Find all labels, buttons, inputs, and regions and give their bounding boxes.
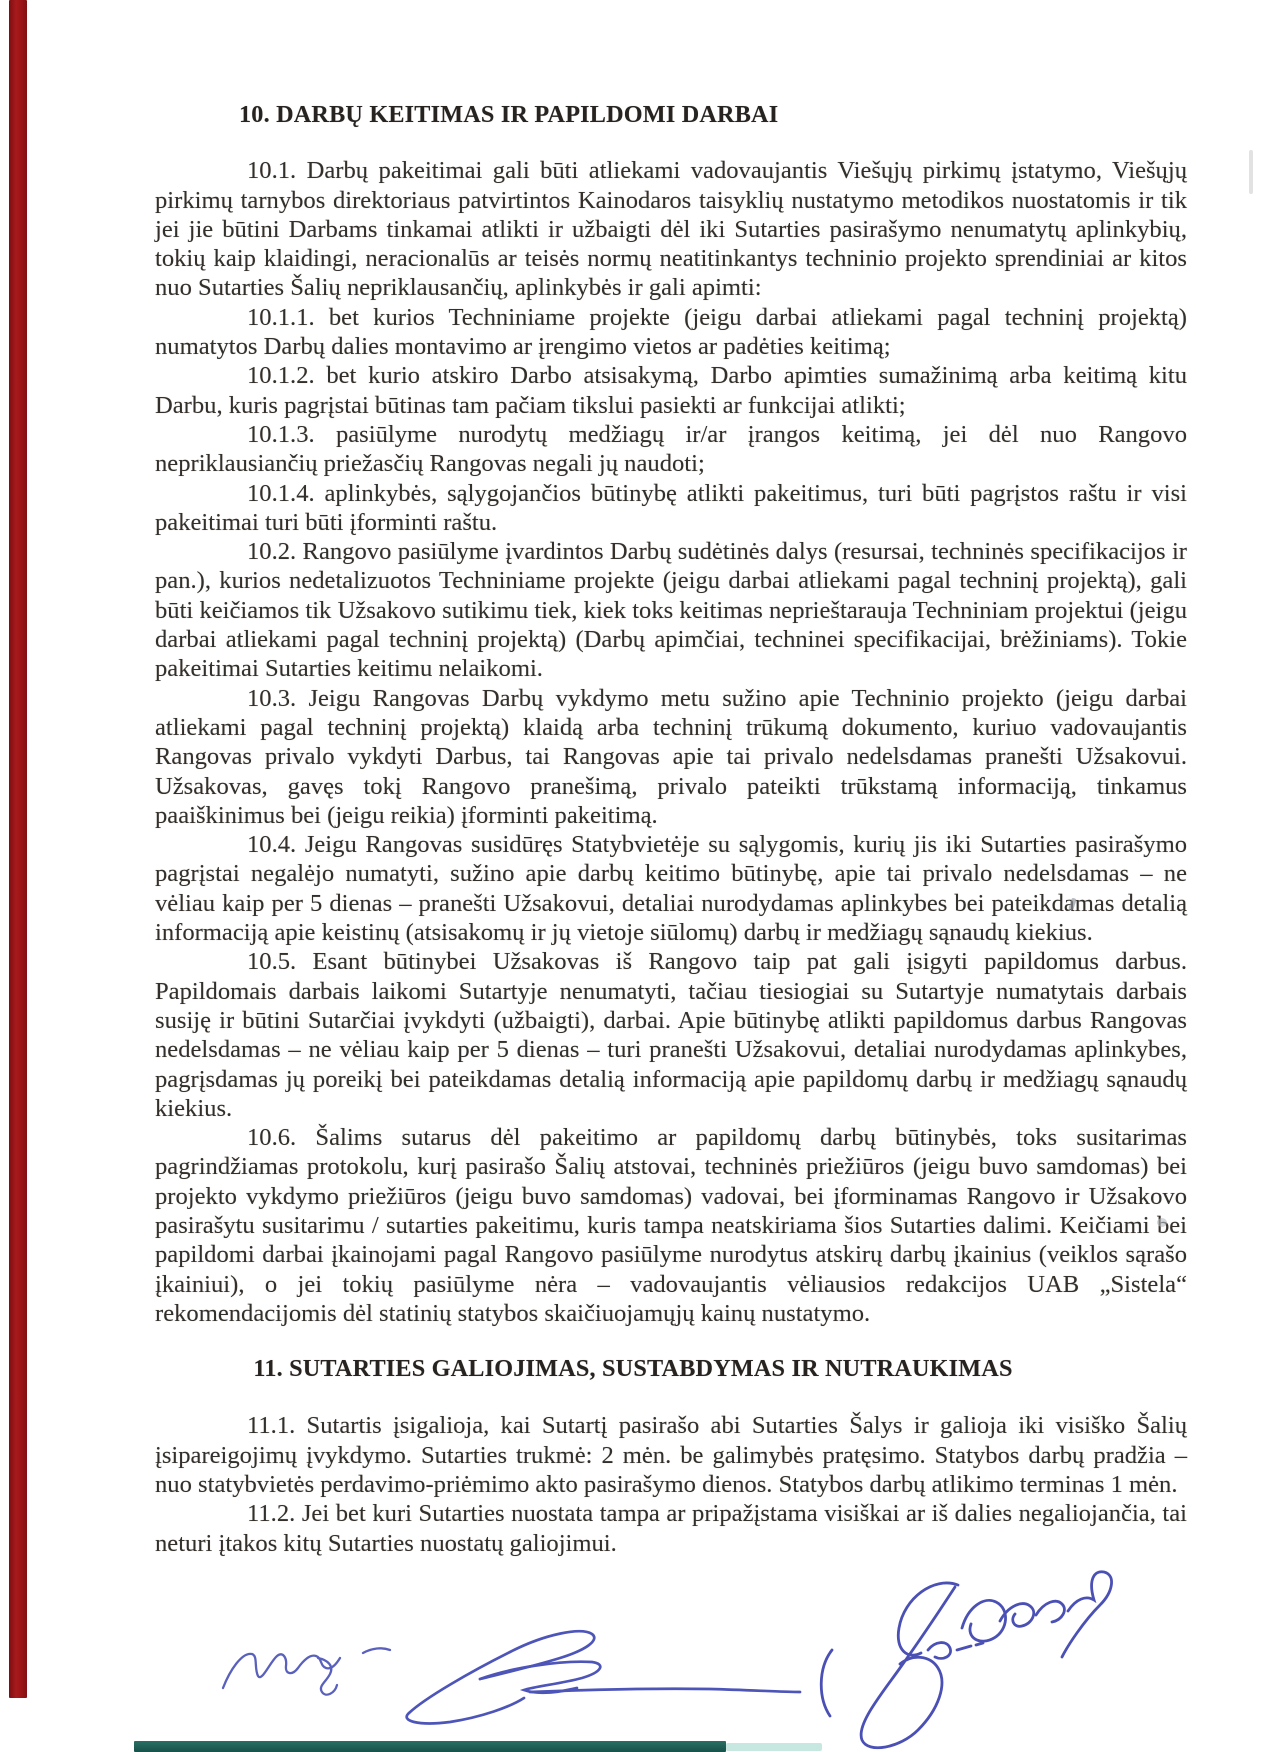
section-10-heading: 10. DARBŲ KEITIMAS IR PAPILDOMI DARBAI xyxy=(239,100,1187,129)
paragraph-10-3: 10.3. Jeigu Rangovas Darbų vykdymo metu … xyxy=(155,684,1187,830)
scan-edge-bottom-bar-fade xyxy=(726,1743,822,1751)
paragraph-10-1-3: 10.1.3. pasiūlyme nurodytų medžiagų ir/a… xyxy=(155,420,1187,479)
section-11-heading: 11. SUTARTIES GALIOJIMAS, SUSTABDYMAS IR… xyxy=(117,1354,1149,1383)
scan-speck xyxy=(1157,1218,1167,1227)
paragraph-11-1: 11.1. Sutartis įsigalioja, kai Sutartį p… xyxy=(155,1411,1187,1499)
scan-streak xyxy=(1249,150,1253,194)
scan-edge-red-strip xyxy=(9,0,27,1698)
signature-ink-left xyxy=(223,1648,390,1694)
scanned-contract-page: 10. DARBŲ KEITIMAS IR PAPILDOMI DARBAI 1… xyxy=(0,0,1264,1752)
paragraph-10-4: 10.4. Jeigu Rangovas susidūręs Statybvie… xyxy=(155,830,1187,947)
signature-area xyxy=(0,1540,1264,1752)
document-body: 10. DARBŲ KEITIMAS IR PAPILDOMI DARBAI 1… xyxy=(155,100,1187,1558)
paragraph-10-1-1: 10.1.1. bet kurios Techniniame projekte … xyxy=(155,303,1187,362)
paragraph-10-2: 10.2. Rangovo pasiūlyme įvardintos Darbų… xyxy=(155,537,1187,683)
paragraph-10-1-2: 10.1.2. bet kurio atskiro Darbo atsisaky… xyxy=(155,361,1187,420)
paragraph-10-5: 10.5. Esant būtinybei Užsakovas iš Rango… xyxy=(155,947,1187,1123)
paragraph-10-1-4: 10.1.4. aplinkybės, sąlygojančios būtiny… xyxy=(155,479,1187,538)
paragraph-10-6: 10.6. Šalims sutarus dėl pakeitimo ar pa… xyxy=(155,1123,1187,1328)
signature-ink-middle xyxy=(407,1631,800,1723)
paragraph-10-1: 10.1. Darbų pakeitimai gali būti atlieka… xyxy=(155,156,1187,302)
signature-ink-right xyxy=(821,1572,1111,1748)
scan-edge-bottom-bar xyxy=(134,1741,726,1752)
